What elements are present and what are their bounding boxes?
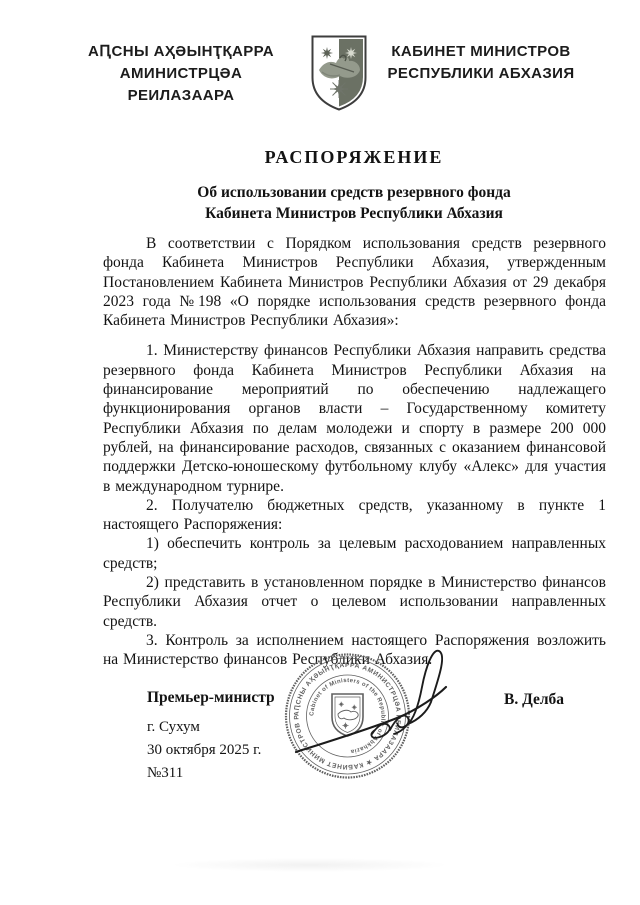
document-title: РАСПОРЯЖЕНИЕ bbox=[103, 147, 605, 168]
body-paragraph-sub-2: 2) представить в установленном порядке в… bbox=[103, 573, 606, 631]
org-name-russian: КАБИНЕТ МИНИСТРОВ РЕСПУБЛИКИ АБХАЗИЯ bbox=[383, 41, 579, 85]
org-name-abkhazian-line1: АԤСНЫ АҲӘЫНҬҚАРРА bbox=[68, 41, 294, 63]
footer-city: г. Сухум bbox=[147, 719, 200, 736]
body-paragraph-sub-1: 1) обеспечить контроль за целевым расход… bbox=[103, 534, 606, 573]
signature-role-label: Премьер-министр bbox=[147, 689, 275, 707]
document-subtitle-line2: Кабинета Министров Республики Абхазия bbox=[103, 203, 605, 224]
org-name-abkhazian: АԤСНЫ АҲӘЫНҬҚАРРА АМИНИСТРЦӘА РЕИЛАЗААРА bbox=[68, 41, 294, 107]
org-name-russian-line2: РЕСПУБЛИКИ АБХАЗИЯ bbox=[383, 63, 579, 85]
stamp-center-emblem bbox=[332, 694, 363, 736]
document-body: В соответствии с Порядком использования … bbox=[103, 234, 606, 670]
stamp-inner-text: Cabinet of Ministers of the Republic of … bbox=[309, 678, 385, 754]
document-subtitle-line1: Об использовании средств резервного фонд… bbox=[103, 182, 605, 203]
document-page: АԤСНЫ АҲӘЫНҬҚАРРА АМИНИСТРЦӘА РЕИЛАЗААРА bbox=[0, 0, 640, 905]
svg-text:Cabinet of Ministers of the Re: Cabinet of Ministers of the Republic of … bbox=[309, 678, 385, 754]
abkhazia-coat-of-arms-icon bbox=[310, 34, 368, 113]
body-paragraph-item-2: 2. Получателю бюджетных средств, указанн… bbox=[103, 496, 606, 535]
footer-date: 30 октября 2025 г. bbox=[147, 742, 261, 759]
body-paragraph-item-1: 1. Министерству финансов Республики Абха… bbox=[103, 341, 606, 495]
official-stamp: АԤСНЫ АҲӘЫНҬҚАРРА АМИНИСТРЦӘА РЕИЛАЗААРА… bbox=[272, 642, 464, 792]
body-paragraph-intro: В соответствии с Порядком использования … bbox=[103, 234, 606, 330]
stamp-outer-text: АԤСНЫ АҲӘЫНҬҚАРРА АМИНИСТРЦӘА РЕИЛАЗААРА… bbox=[272, 642, 402, 770]
footer-number: №311 bbox=[147, 765, 183, 782]
document-subtitle: Об использовании средств резервного фонд… bbox=[103, 182, 605, 224]
svg-text:АԤСНЫ АҲӘЫНҬҚАРРА АМИНИСТРЦӘА: АԤСНЫ АҲӘЫНҬҚАРРА АМИНИСТРЦӘА РЕИЛАЗААРА… bbox=[272, 642, 402, 770]
scan-smudge-artifact bbox=[170, 858, 450, 872]
org-name-abkhazian-line2: АМИНИСТРЦӘА РЕИЛАЗААРА bbox=[68, 63, 294, 107]
org-name-russian-line1: КАБИНЕТ МИНИСТРОВ bbox=[383, 41, 579, 63]
signature-name: В. Делба bbox=[504, 691, 564, 709]
